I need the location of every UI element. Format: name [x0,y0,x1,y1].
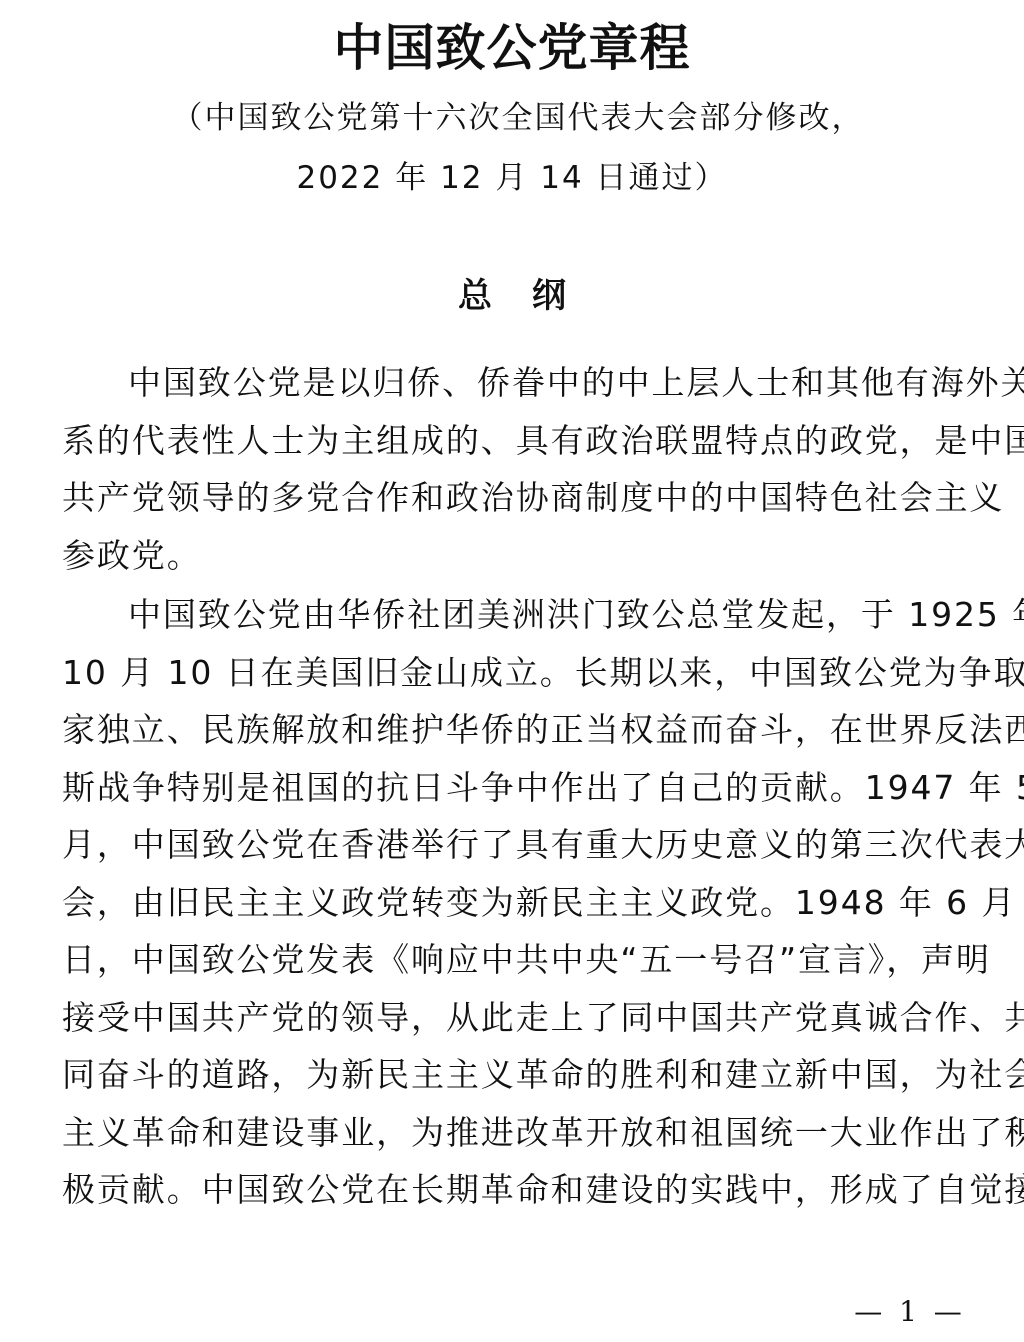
body-text: 中国致公党是以归侨、侨眷中的中上层人士和其他有海外关 系的代表性人士为主组成的、… [62,354,976,1219]
document-title: 中国致公党章程 [0,18,1024,78]
section-heading: 总纲 [0,274,1024,318]
section-heading-char-1: 总 [458,274,492,318]
paragraph-line: 同奋斗的道路，为新民主主义革命的胜利和建立新中国，为社会 [62,1046,976,1104]
paragraph-line: 中国致公党是以归侨、侨眷中的中上层人士和其他有海外关 [62,354,976,412]
paragraph-line: 斯战争特别是祖国的抗日斗争中作出了自己的贡献。1947 年 5 [62,759,976,817]
paragraph-line: 参政党。 [62,527,976,585]
paragraph-line: 日，中国致公党发表《响应中共中央“五一号召”宣言》，声明 [62,931,976,989]
document-subtitle-line-2: 2022 年 12 月 14 日通过） [0,158,1024,198]
document-page: 中国致公党章程 （中国致公党第十六次全国代表大会部分修改， 2022 年 12 … [0,0,1024,1342]
paragraph-line: 极贡献。中国致公党在长期革命和建设的实践中，形成了自觉接 [62,1161,976,1219]
section-heading-char-2: 纲 [532,274,566,318]
paragraph-line: 家独立、民族解放和维护华侨的正当权益而奋斗，在世界反法西 [62,701,976,759]
paragraph-2: 中国致公党由华侨社团美洲洪门致公总堂发起，于 1925 年 10 月 10 日在… [62,586,976,1219]
paragraph-line: 系的代表性人士为主组成的、具有政治联盟特点的政党，是中国 [62,412,976,470]
paragraph-line: 10 月 10 日在美国旧金山成立。长期以来，中国致公党为争取国 [62,644,976,702]
paragraph-line: 月，中国致公党在香港举行了具有重大历史意义的第三次代表大 [62,816,976,874]
paragraph-1: 中国致公党是以归侨、侨眷中的中上层人士和其他有海外关 系的代表性人士为主组成的、… [62,354,976,584]
paragraph-line: 接受中国共产党的领导，从此走上了同中国共产党真诚合作、共 [62,989,976,1047]
paragraph-line: 会，由旧民主主义政党转变为新民主主义政党。1948 年 6 月 9 [62,874,976,932]
paragraph-line: 中国致公党由华侨社团美洲洪门致公总堂发起，于 1925 年 [62,586,976,644]
page-number: — 1 — [850,1294,970,1330]
paragraph-line: 共产党领导的多党合作和政治协商制度中的中国特色社会主义 [62,469,976,527]
document-subtitle-line-1: （中国致公党第十六次全国代表大会部分修改， [6,98,1024,138]
paragraph-line: 主义革命和建设事业，为推进改革开放和祖国统一大业作出了积 [62,1104,976,1162]
